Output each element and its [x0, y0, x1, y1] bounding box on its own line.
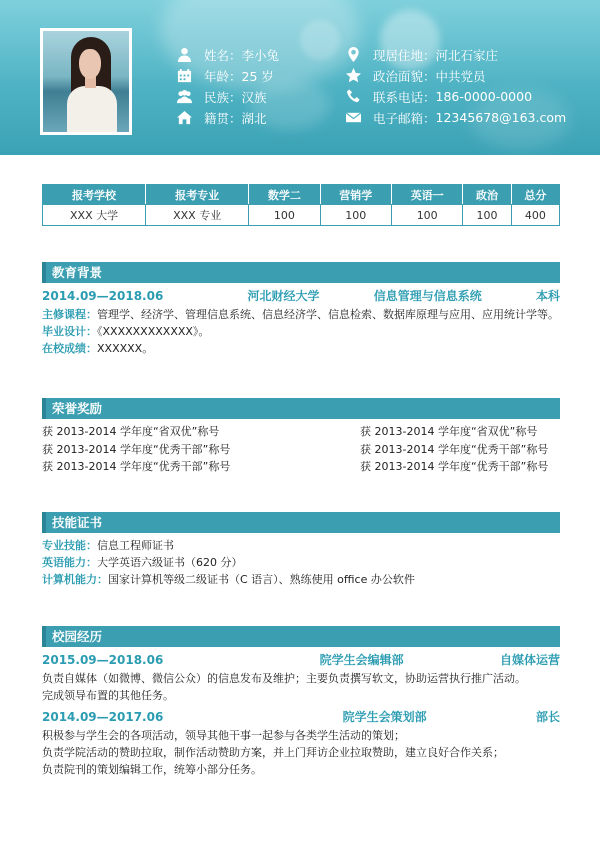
- info-label: 现居住地：: [373, 46, 436, 64]
- honor-item: 获 2013-2014 学年度“优秀干部”称号: [42, 441, 360, 459]
- campus-detail: 完成领导布置的其他任务。: [42, 687, 560, 704]
- courses-value: 管理学、经济学、管理信息系统、信息经济学、信息检索、数据库原理与应用、应用统计学…: [97, 308, 559, 321]
- education-section: 教育背景 2014.09—2018.06 河北财经大学 信息管理与信息系统 本科…: [42, 262, 560, 357]
- honor-item: 获 2013-2014 学年度“优秀干部”称号: [360, 458, 560, 476]
- info-value: 中共党员: [436, 67, 486, 85]
- table-cell: 100: [249, 205, 320, 226]
- info-value: 河北石家庄: [436, 46, 499, 64]
- info-value: 12345678@163.com: [436, 110, 567, 125]
- table-cell: XXX 大学: [43, 205, 146, 226]
- campus-org: 院学生会编辑部: [320, 651, 404, 670]
- star-icon: [343, 68, 363, 84]
- honor-item: 获 2013-2014 学年度“省双优”称号: [42, 423, 360, 441]
- group-icon: [174, 89, 194, 105]
- column-header: 政治: [463, 185, 511, 205]
- mail-icon: [343, 110, 363, 126]
- honors-section: 荣誉奖励 获 2013-2014 学年度“省双优”称号 获 2013-2014 …: [42, 398, 560, 476]
- campus-detail: 负责自媒体（如微博、微信公众）的信息发布及维护；主要负责撰写软文，协助运营执行推…: [42, 670, 560, 687]
- table-header-row: 报考学校 报考专业 数学二 营销学 英语一 政治 总分: [43, 185, 560, 205]
- info-political-status: 政治面貌： 中共党员: [343, 65, 566, 86]
- info-label: 电子邮箱：: [373, 109, 436, 127]
- info-email: 电子邮箱： 12345678@163.com: [343, 107, 566, 128]
- section-body: 2015.09—2018.06 院学生会编辑部 自媒体运营 负责自媒体（如微博、…: [42, 647, 560, 778]
- skill-label: 英语能力：: [42, 556, 97, 569]
- skill-item: 英语能力：大学英语六级证书（620 分）: [42, 554, 560, 571]
- courses-line: 主修课程：管理学、经济学、管理信息系统、信息经济学、信息检索、数据库原理与应用、…: [42, 306, 560, 323]
- info-ethnicity: 民族： 汉族: [174, 86, 279, 107]
- campus-entry: 2014.09—2017.06 院学生会策划部 部长 积极参与学生会的各项活动，…: [42, 708, 560, 778]
- education-degree: 本科: [536, 287, 560, 306]
- info-label: 政治面貌：: [373, 67, 436, 85]
- skill-label: 专业技能：: [42, 539, 97, 552]
- section-title: 荣誉奖励: [42, 398, 560, 419]
- campus-detail: 负责学院活动的赞助拉取，制作活动赞助方案，并上门拜访企业拉取赞助，建立良好合作关…: [42, 744, 560, 761]
- grade-value: XXXXXX。: [97, 342, 153, 355]
- column-header: 报考专业: [146, 185, 249, 205]
- campus-period: 2014.09—2017.06: [42, 708, 163, 727]
- campus-entry-header: 2015.09—2018.06 院学生会编辑部 自媒体运营: [42, 651, 560, 670]
- column-header: 英语一: [392, 185, 463, 205]
- person-icon: [174, 47, 194, 63]
- table-cell: 400: [511, 205, 559, 226]
- personal-info: 姓名： 李小兔 年龄： 25 岁 民族： 汉族 籍贯： 湖北: [174, 44, 279, 128]
- info-value: 186-0000-0000: [436, 89, 533, 104]
- grade-line: 在校成绩：XXXXXX。: [42, 340, 560, 357]
- phone-icon: [343, 89, 363, 105]
- campus-role: 部长: [536, 708, 560, 727]
- campus-entry-header: 2014.09—2017.06 院学生会策划部 部长: [42, 708, 560, 727]
- skill-value: 信息工程师证书: [97, 539, 174, 552]
- resume-header: 姓名： 李小兔 年龄： 25 岁 民族： 汉族 籍贯： 湖北: [0, 0, 600, 155]
- column-header: 营销学: [320, 185, 391, 205]
- section-title: 教育背景: [42, 262, 560, 283]
- info-value: 汉族: [242, 88, 267, 106]
- location-pin-icon: [343, 47, 363, 63]
- section-title: 校园经历: [42, 626, 560, 647]
- campus-section: 校园经历 2015.09—2018.06 院学生会编辑部 自媒体运营 负责自媒体…: [42, 626, 560, 778]
- calendar-icon: [174, 68, 194, 84]
- info-name: 姓名： 李小兔: [174, 44, 279, 65]
- info-label: 民族：: [204, 88, 242, 106]
- table-cell: 100: [463, 205, 511, 226]
- skill-value: 国家计算机等级二级证书（C 语言）、熟练使用 office 办公软件: [108, 573, 415, 586]
- section-body: 2014.09—2018.06 河北财经大学 信息管理与信息系统 本科 主修课程…: [42, 283, 560, 357]
- skill-item: 计算机能力：国家计算机等级二级证书（C 语言）、熟练使用 office 办公软件: [42, 571, 560, 588]
- info-value: 湖北: [242, 109, 267, 127]
- skill-item: 专业技能：信息工程师证书: [42, 537, 560, 554]
- honors-list: 获 2013-2014 学年度“省双优”称号 获 2013-2014 学年度“省…: [42, 423, 560, 476]
- education-period: 2014.09—2018.06: [42, 287, 163, 306]
- column-header: 总分: [511, 185, 559, 205]
- table-cell: XXX 专业: [146, 205, 249, 226]
- thesis-label: 毕业设计：: [42, 325, 97, 338]
- table-row: XXX 大学 XXX 专业 100 100 100 100 400: [43, 205, 560, 226]
- contact-info: 现居住地： 河北石家庄 政治面貌： 中共党员 联系电话： 186-0000-00…: [343, 44, 566, 128]
- honor-item: 获 2013-2014 学年度“优秀干部”称号: [42, 458, 360, 476]
- section-body: 专业技能：信息工程师证书 英语能力：大学英语六级证书（620 分） 计算机能力：…: [42, 533, 560, 588]
- info-label: 联系电话：: [373, 88, 436, 106]
- column-header: 数学二: [249, 185, 320, 205]
- courses-label: 主修课程：: [42, 308, 97, 321]
- campus-detail: 负责院刊的策划编辑工作，统筹小部分任务。: [42, 761, 560, 778]
- section-title: 技能证书: [42, 512, 560, 533]
- campus-entry: 2015.09—2018.06 院学生会编辑部 自媒体运营 负责自媒体（如微博、…: [42, 651, 560, 704]
- home-icon: [174, 110, 194, 126]
- info-label: 姓名：: [204, 46, 242, 64]
- honor-item: 获 2013-2014 学年度“优秀干部”称号: [360, 441, 560, 459]
- campus-org: 院学生会策划部: [343, 708, 427, 727]
- thesis-value: 《XXXXXXXXXXXX》。: [97, 325, 209, 338]
- info-value: 李小兔: [242, 46, 280, 64]
- education-school: 河北财经大学: [248, 287, 320, 306]
- info-phone: 联系电话： 186-0000-0000: [343, 86, 566, 107]
- honor-item: 获 2013-2014 学年度“省双优”称号: [360, 423, 560, 441]
- info-value: 25 岁: [242, 67, 274, 85]
- profile-photo: [40, 28, 132, 135]
- education-major: 信息管理与信息系统: [374, 287, 482, 306]
- column-header: 报考学校: [43, 185, 146, 205]
- info-hometown: 籍贯： 湖北: [174, 107, 279, 128]
- info-residence: 现居住地： 河北石家庄: [343, 44, 566, 65]
- table-cell: 100: [320, 205, 391, 226]
- skills-section: 技能证书 专业技能：信息工程师证书 英语能力：大学英语六级证书（620 分） 计…: [42, 512, 560, 588]
- info-label: 年龄：: [204, 67, 242, 85]
- info-age: 年龄： 25 岁: [174, 65, 279, 86]
- campus-period: 2015.09—2018.06: [42, 651, 163, 670]
- table-cell: 100: [392, 205, 463, 226]
- skill-value: 大学英语六级证书（620 分）: [97, 556, 243, 569]
- campus-role: 自媒体运营: [500, 651, 560, 670]
- info-label: 籍贯：: [204, 109, 242, 127]
- campus-detail: 积极参与学生会的各项活动，领导其他干事一起参与各类学生活动的策划；: [42, 727, 560, 744]
- thesis-line: 毕业设计：《XXXXXXXXXXXX》。: [42, 323, 560, 340]
- section-body: 获 2013-2014 学年度“省双优”称号 获 2013-2014 学年度“省…: [42, 419, 560, 476]
- exam-score-table: 报考学校 报考专业 数学二 营销学 英语一 政治 总分 XXX 大学 XXX 专…: [42, 184, 560, 226]
- education-entry-header: 2014.09—2018.06 河北财经大学 信息管理与信息系统 本科: [42, 287, 560, 306]
- grade-label: 在校成绩：: [42, 342, 97, 355]
- skill-label: 计算机能力：: [42, 573, 108, 586]
- bokeh-decoration: [300, 20, 340, 60]
